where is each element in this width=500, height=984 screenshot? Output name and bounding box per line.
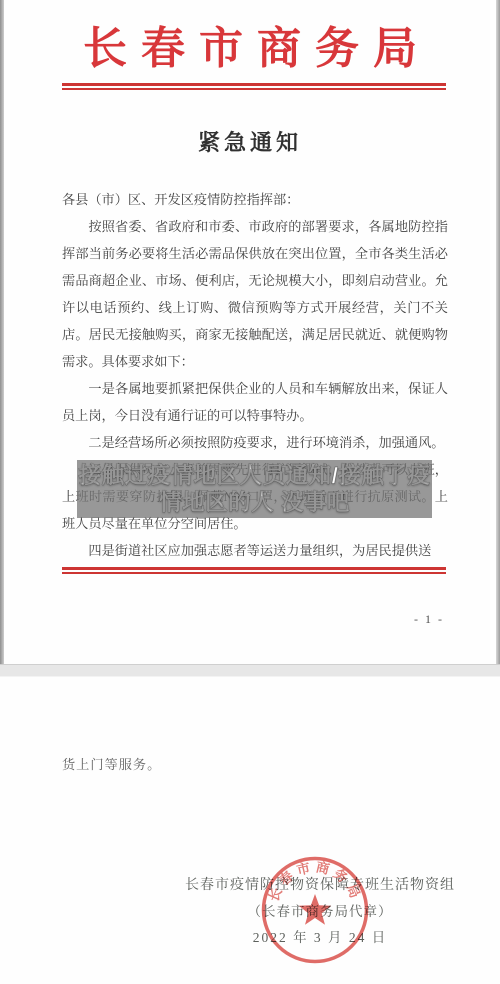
document-scan: 长春市商务局 紧急通知 各县（市）区、开发区疫情防控指挥部： 按照省委、省政府和… — [0, 0, 500, 984]
caption-line-1: 接触过疫情地区人员通知/接触了疫 — [79, 462, 431, 489]
page-separator — [0, 664, 500, 677]
body-paragraph: 按照省委、省政府和市委、市政府的部署要求，各属地防控指挥部当前务必要将生活必需品… — [62, 213, 448, 375]
body-paragraph: 四是街道社区应加强志愿者等运送力量组织，为居民提供送 — [62, 537, 448, 564]
body-paragraph: 二是经营场所必须按照防疫要求，进行环境消杀，加强通风。 — [62, 429, 448, 456]
page-edge-left — [0, 0, 4, 664]
footer-rule — [62, 567, 446, 574]
continuation-line: 货上门等服务。 — [62, 756, 161, 774]
header-rule — [62, 83, 446, 90]
notice-title: 紧急通知 — [0, 126, 500, 157]
page-number: - 1 - — [414, 612, 444, 627]
caption-line-2: 情地区的人 没事吧 — [159, 489, 350, 516]
star-icon — [299, 894, 331, 925]
agency-header: 长春市商务局 — [0, 12, 500, 76]
caption-overlay: 接触过疫情地区人员通知/接触了疫 情地区的人 没事吧 — [77, 460, 432, 518]
page-edge-right — [496, 0, 500, 664]
official-seal-icon: 长春市商务局 — [258, 853, 372, 967]
body-paragraph: 一是各属地要抓紧把保供企业的人员和车辆解放出来，保证人员上岗，今日没有通行证的可… — [62, 375, 448, 429]
salutation: 各县（市）区、开发区疫情防控指挥部： — [62, 186, 448, 213]
